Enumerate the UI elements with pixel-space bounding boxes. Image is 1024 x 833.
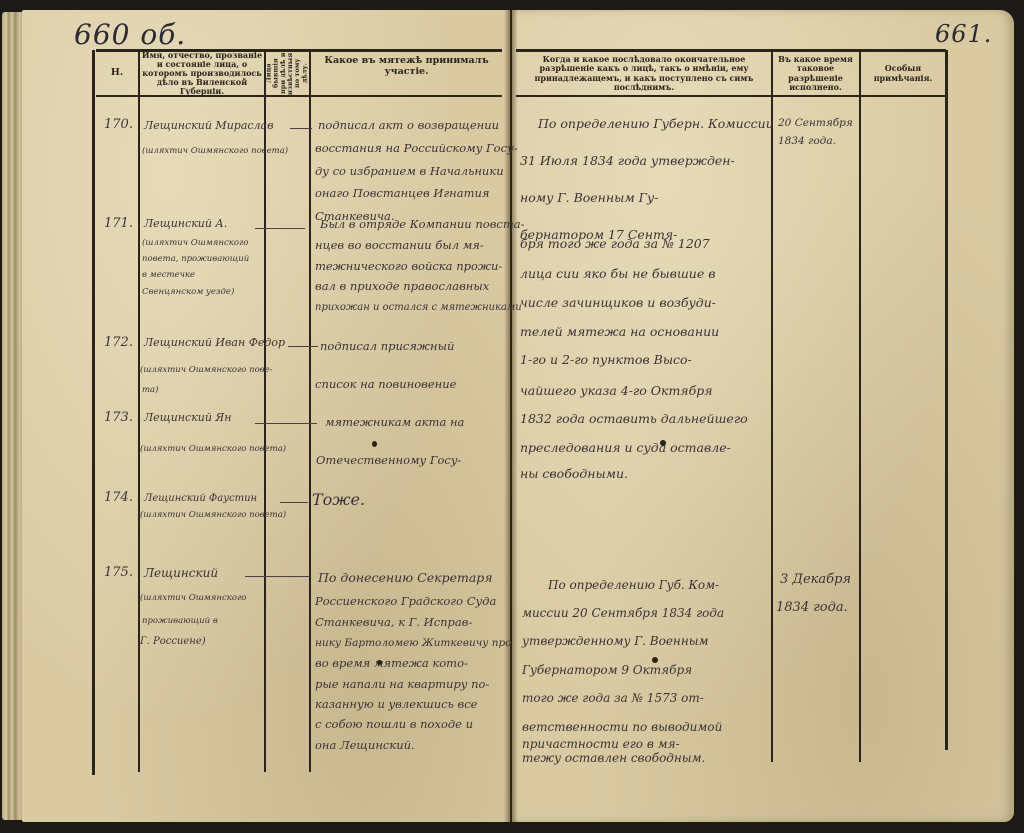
entry-participation-line: ду со избранием в Начальники <box>315 160 504 183</box>
entry-person-name: Лещинский А. <box>144 214 227 234</box>
connector-dash <box>288 346 318 347</box>
folio-left: 660 об. <box>74 18 186 51</box>
entry-person-status: Свенцянском уезде) <box>142 283 234 302</box>
entry-person-status: проживающий в <box>142 612 218 631</box>
entry-person-name: Лещинский Иван Федор <box>144 333 285 353</box>
entry-executed-date: 20 Сентября <box>778 113 853 133</box>
entry-participation-line: мятежникам акта на <box>325 411 464 434</box>
header-bottom-rule-right <box>516 95 946 97</box>
entry-person-status: (шляхтич Ошмянского повета) <box>140 440 286 459</box>
entry-person-status: (шляхтич Ошмянского пове- <box>140 361 273 380</box>
header-no: Н. <box>96 52 138 95</box>
entry-participation-line: Был в отряде Компании повста- <box>320 213 524 236</box>
entry-participation-line: восстания на Российскому Госу- <box>315 137 518 160</box>
left-outer-border <box>92 50 95 775</box>
entry-person-status: (шляхтич Ошмянского <box>140 589 246 608</box>
connector-dash <box>255 228 305 229</box>
entry-participation-line: Россиенского Градского Суда <box>315 590 496 613</box>
entry-participation-line: Станкевича, к Г. Исправ- <box>315 611 472 634</box>
entry-resolution-line: миссии 20 Сентября 1834 года <box>522 598 724 629</box>
entry-executed-year: 1834 года. <box>778 131 836 151</box>
header-notes: Особыя примѣчанія. <box>861 52 945 95</box>
entry-participation-line: Отечественному Госу- <box>316 449 461 472</box>
entry-resolution-line: По определению Губерн. Комиссии <box>538 105 774 142</box>
page-edges <box>2 12 24 820</box>
entry-number: 171. <box>104 214 133 234</box>
connector-dash <box>245 576 300 577</box>
entry-person-name: Лещинский Ян <box>144 408 232 428</box>
header-person: Имя, отчество, прозваніе и состояніе лиц… <box>141 52 263 95</box>
entry-resolution-line: По определению Губ. Ком- <box>548 570 719 601</box>
entry-resolution-line: 31 Июля 1834 года утвержден- <box>520 142 735 179</box>
entry-number: 174. <box>104 488 133 508</box>
ink-spot <box>372 441 377 447</box>
entry-participation-line: подписал акт о возвращении <box>318 114 499 137</box>
entry-participation-line: подписал присяжный <box>320 335 454 358</box>
entry-resolution-line: утвержденному Г. Военным <box>522 626 708 657</box>
connector-dash <box>280 502 308 503</box>
entry-resolution-line: Губернатором 9 Октября <box>522 655 692 686</box>
entry-executed-date: 3 Декабря <box>780 570 851 590</box>
col-divider-no <box>138 52 140 772</box>
col-divider-present <box>309 52 311 772</box>
entry-participation-line: она Лещинский. <box>315 734 415 757</box>
entry-number: 175. <box>104 563 133 583</box>
connector-dash <box>290 128 312 129</box>
entry-number: 172. <box>104 333 133 353</box>
entry-participation-line: список на повиновение <box>315 373 456 396</box>
entry-participation-line: По донесению Секретаря <box>318 566 493 589</box>
entry-person-status: (шляхтич Ошмянского повета) <box>142 142 288 161</box>
ink-spot <box>660 440 666 446</box>
entry-resolution-line: ны свободными. <box>520 455 628 492</box>
entry-person-status: Г. Россиене) <box>140 632 206 651</box>
header-participation: Какое въ мятежѣ принималъ участіе. <box>311 52 502 82</box>
right-outer-border <box>945 50 948 750</box>
entry-person-name: Лещинский Мираслав <box>144 116 274 136</box>
header-resolution: Когда и какое послѣдовало окончательное … <box>518 52 770 95</box>
open-register-book: 660 об. 661. Н. Имя, отчество, прозваніе… <box>0 0 1024 833</box>
entry-participation-line: вал в приходе православных <box>315 275 489 298</box>
entry-participation-line: с собою пошли в походе и <box>315 713 473 736</box>
header-executed: Въ какое время таковое разрѣшеніе исполн… <box>773 52 858 95</box>
entry-person-status: та) <box>142 381 158 400</box>
ink-spot <box>652 657 658 663</box>
col-divider-executed <box>859 52 861 762</box>
entry-resolution-line: тежу оставлен свободным. <box>522 743 705 774</box>
ink-spot <box>377 660 382 665</box>
folio-right: 661. <box>935 20 992 48</box>
entry-resolution-line: того же года за № 1573 от- <box>522 683 704 714</box>
entry-person-name: Лещинский <box>144 563 218 583</box>
connector-dash <box>255 423 317 424</box>
entry-number: 170. <box>104 115 133 135</box>
entry-executed-year: 1834 года. <box>776 598 848 618</box>
col-divider-resolution <box>771 52 773 762</box>
entry-participation-line: во время мятежа кото- <box>315 652 468 675</box>
book-gutter <box>504 10 518 822</box>
entry-number: 173. <box>104 408 133 428</box>
entry-participation-line: Тоже. <box>312 490 365 510</box>
header-present: Лица бывшія при дѣлѣ и извѣстныя по тому… <box>266 53 308 94</box>
connector-dash <box>298 576 310 577</box>
entry-person-status: (шляхтич Ошмянского повета) <box>140 506 286 525</box>
entry-participation-line: онаго Повстанцев Игнатия <box>315 182 490 205</box>
entry-resolution-line: ному Г. Военным Гу- <box>520 179 658 216</box>
entry-participation-line: прихожан и остался с мятежниками <box>315 296 522 319</box>
entry-participation-line: нцев во восстании был мя- <box>315 234 484 257</box>
